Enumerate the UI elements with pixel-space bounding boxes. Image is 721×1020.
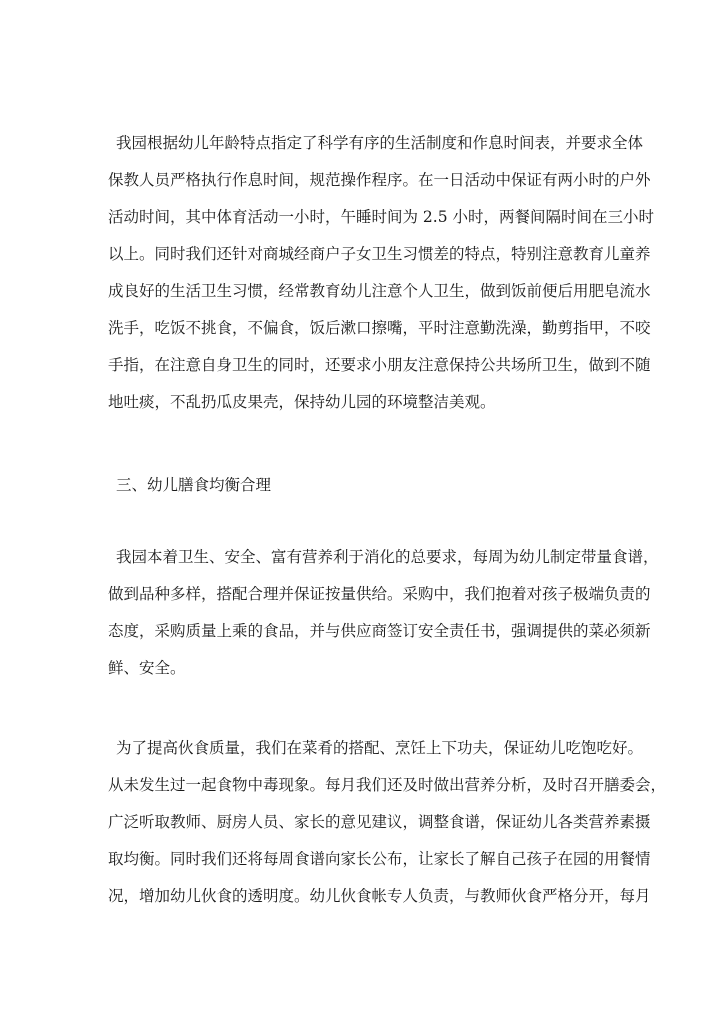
text-line: 成良好的生活卫生习惯，经常教育幼儿注意个人卫生，做到饭前便后用肥皂流水 <box>108 279 614 303</box>
text-line: 做到品种多样，搭配合理并保证按量供给。采购中，我们抱着对孩子极端负责的 <box>108 582 614 606</box>
text-line: 取均衡。同时我们还将每周食谱向家长公布，让家长了解自己孩子在园的用餐情 <box>108 847 614 871</box>
document-page: 我园根据幼儿年龄特点指定了科学有序的生活制度和作息时间表，并要求全体 保教人员严… <box>0 0 721 1020</box>
text-line: 活动时间，其中体育活动一小时，午睡时间为 2.5 小时，两餐间隔时间在三小时 <box>108 205 614 229</box>
text-line: 况，增加幼儿伙食的透明度。幼儿伙食帐专人负责，与教师伙食严格分开，每月 <box>108 884 614 908</box>
text-line: 我园根据幼儿年龄特点指定了科学有序的生活制度和作息时间表，并要求全体 <box>116 131 614 155</box>
text-line: 态度，采购质量上乘的食品，并与供应商签订安全责任书，强调提供的菜必须新 <box>108 619 614 643</box>
text-line: 广泛听取教师、厨房人员、家长的意见建议，调整食谱，保证幼儿各类营养素摄 <box>108 810 614 834</box>
text-line: 为了提高伙食质量，我们在菜肴的搭配、烹饪上下功夫，保证幼儿吃饱吃好。 <box>116 736 614 760</box>
text-line: 我园本着卫生、安全、富有营养利于消化的总要求，每周为幼儿制定带量食谱， <box>116 545 614 569</box>
text-line: 手指，在注意自身卫生的同时，还要求小朋友注意保持公共场所卫生，做到不随 <box>108 353 614 377</box>
text-line: 从未发生过一起食物中毒现象。每月我们还及时做出营养分析，及时召开膳委会， <box>108 773 614 797</box>
section-heading: 三、幼儿膳食均衡合理 <box>116 473 271 497</box>
text-line: 地吐痰，不乱扔瓜皮果壳，保持幼儿园的环境整洁美观。 <box>108 390 614 414</box>
text-line: 以上。同时我们还针对商城经商户子女卫生习惯差的特点，特别注意教育儿童养 <box>108 242 614 266</box>
text-line: 保教人员严格执行作息时间，规范操作程序。在一日活动中保证有两小时的户外 <box>108 168 614 192</box>
text-line: 洗手，吃饭不挑食，不偏食，饭后漱口擦嘴，平时注意勤洗澡，勤剪指甲，不咬 <box>108 316 614 340</box>
text-line: 鲜、安全。 <box>108 656 614 680</box>
